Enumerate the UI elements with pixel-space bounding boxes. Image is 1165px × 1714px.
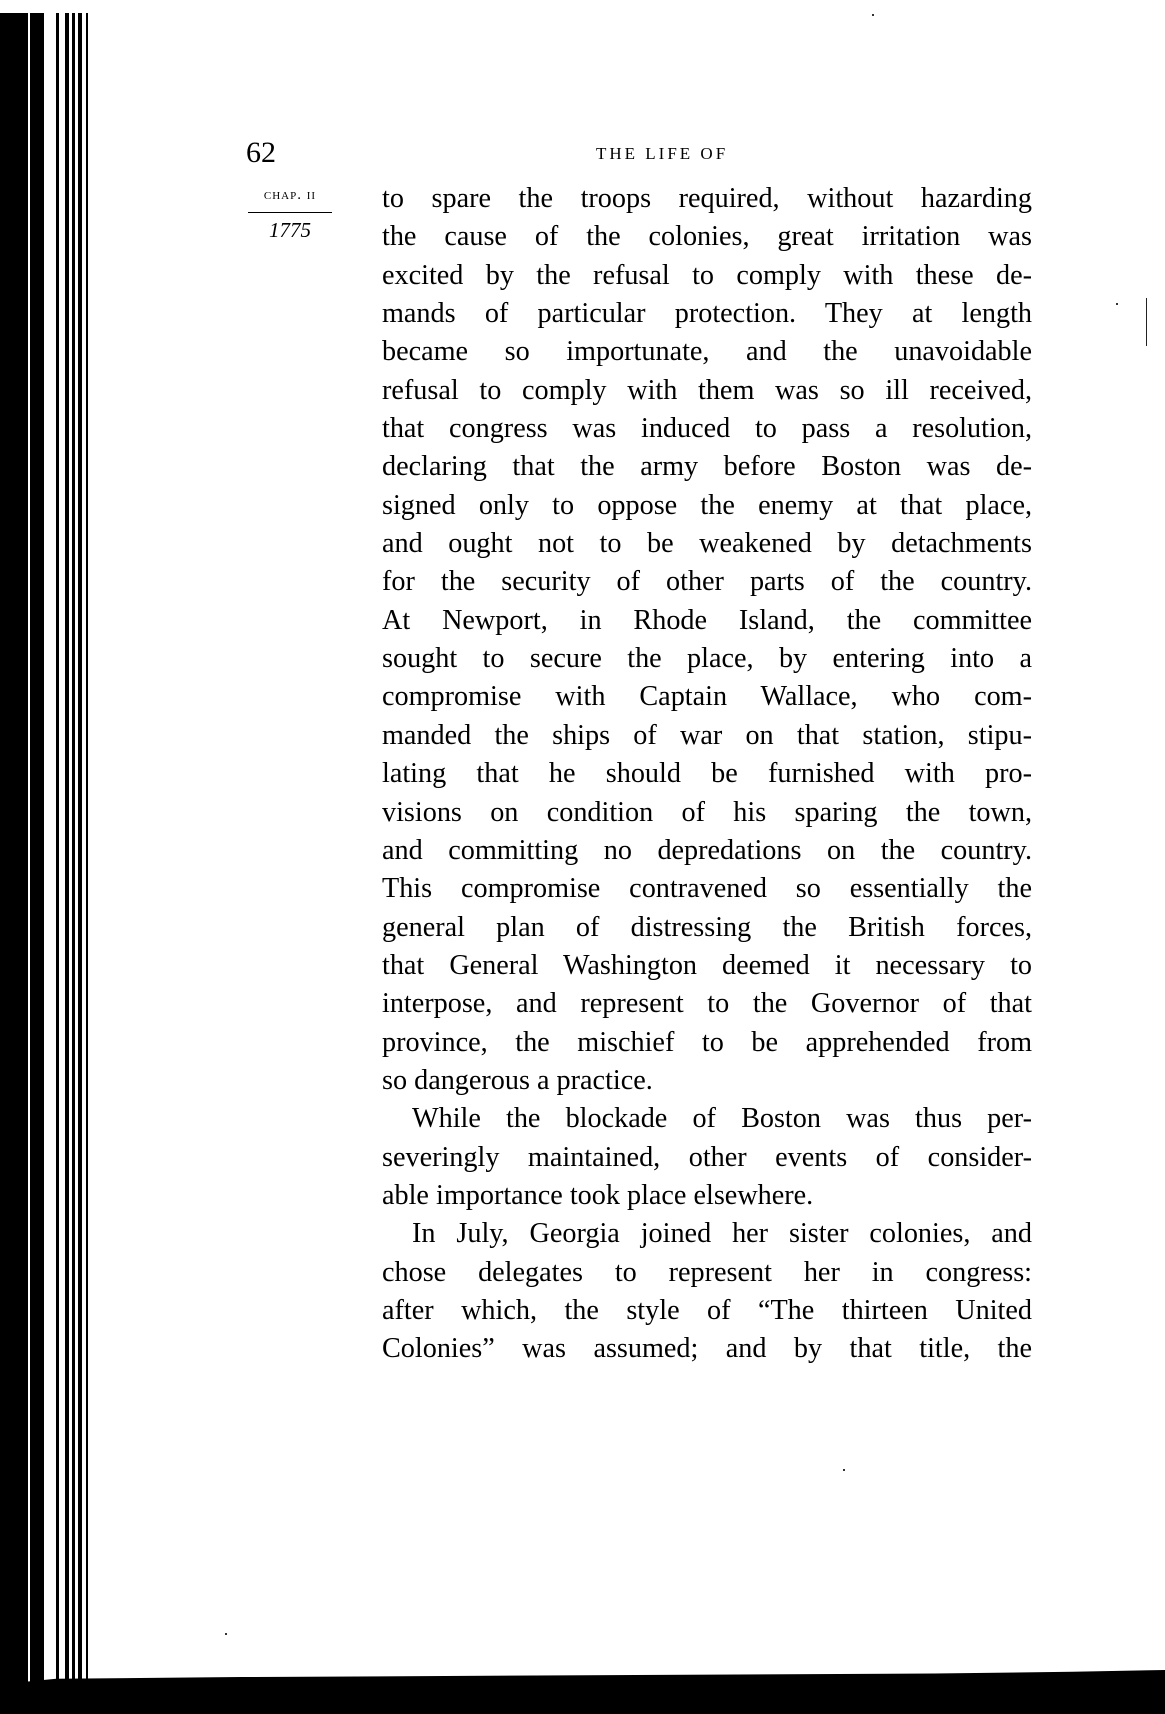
text-line: compromise with Captain Wallace, who com…: [382, 678, 1032, 716]
text-line: declaring that the army before Boston wa…: [382, 448, 1032, 486]
text-line: interpose, and represent to the Governor…: [382, 985, 1032, 1023]
scan-artifact-line: [1146, 298, 1147, 346]
page-header: 62 THE LIFE OF: [246, 133, 1036, 173]
running-head: THE LIFE OF: [596, 139, 728, 169]
text-line: for the security of other parts of the c…: [382, 563, 1032, 601]
text-line: the cause of the colonies, great irritat…: [382, 218, 1032, 256]
page-number: 62: [246, 133, 276, 173]
body-text: to spare the troops required, without ha…: [382, 180, 1032, 1369]
text-line: mands of particular protection. They at …: [382, 295, 1032, 333]
paragraph: While the blockade of Boston was thus pe…: [382, 1100, 1032, 1215]
text-line: became so importunate, and the unavoidab…: [382, 333, 1032, 371]
text-line: lating that he should be furnished with …: [382, 755, 1032, 793]
margin-divider: [248, 212, 332, 213]
text-line: excited by the refusal to comply with th…: [382, 257, 1032, 295]
text-line: severingly maintained, other events of c…: [382, 1139, 1032, 1177]
text-line: While the blockade of Boston was thus pe…: [382, 1100, 1032, 1138]
text-line: after which, the style of “The thirteen …: [382, 1292, 1032, 1330]
text-line: to spare the troops required, without ha…: [382, 180, 1032, 218]
text-line: and ought not to be weakened by detachme…: [382, 525, 1032, 563]
text-line: In July, Georgia joined her sister colon…: [382, 1215, 1032, 1253]
text-line: general plan of distressing the British …: [382, 909, 1032, 947]
text-line: able importance took place elsewhere.: [382, 1177, 1032, 1215]
margin-chapter-label: CHAP. II: [248, 184, 332, 206]
text-line: visions on condition of his sparing the …: [382, 794, 1032, 832]
text-line: chose delegates to represent her in cong…: [382, 1254, 1032, 1292]
text-line: that General Washington deemed it necess…: [382, 947, 1032, 985]
text-line: and committing no depredations on the co…: [382, 832, 1032, 870]
page-bottom-shadow: [10, 1670, 1165, 1714]
text-line: that congress was induced to pass a reso…: [382, 410, 1032, 448]
text-line: refusal to comply with them was so ill r…: [382, 372, 1032, 410]
margin-note: CHAP. II 1775: [248, 184, 332, 243]
text-line: sought to secure the place, by entering …: [382, 640, 1032, 678]
text-line: Colonies” was assumed; and by that title…: [382, 1330, 1032, 1368]
margin-year: 1775: [248, 217, 332, 243]
text-line: so dangerous a practice.: [382, 1062, 1032, 1100]
scan-speck: [872, 14, 874, 16]
paragraph: to spare the troops required, without ha…: [382, 180, 1032, 1100]
scan-speck: [1116, 303, 1118, 305]
book-binding-edge: [0, 13, 95, 1714]
text-line: At Newport, in Rhode Island, the committ…: [382, 602, 1032, 640]
scan-speck: [225, 1633, 227, 1635]
text-line: This compromise contravened so essential…: [382, 870, 1032, 908]
scan-speck: [843, 1469, 845, 1471]
text-line: signed only to oppose the enemy at that …: [382, 487, 1032, 525]
paragraph: In July, Georgia joined her sister colon…: [382, 1215, 1032, 1368]
text-line: manded the ships of war on that station,…: [382, 717, 1032, 755]
text-line: province, the mischief to be apprehended…: [382, 1024, 1032, 1062]
